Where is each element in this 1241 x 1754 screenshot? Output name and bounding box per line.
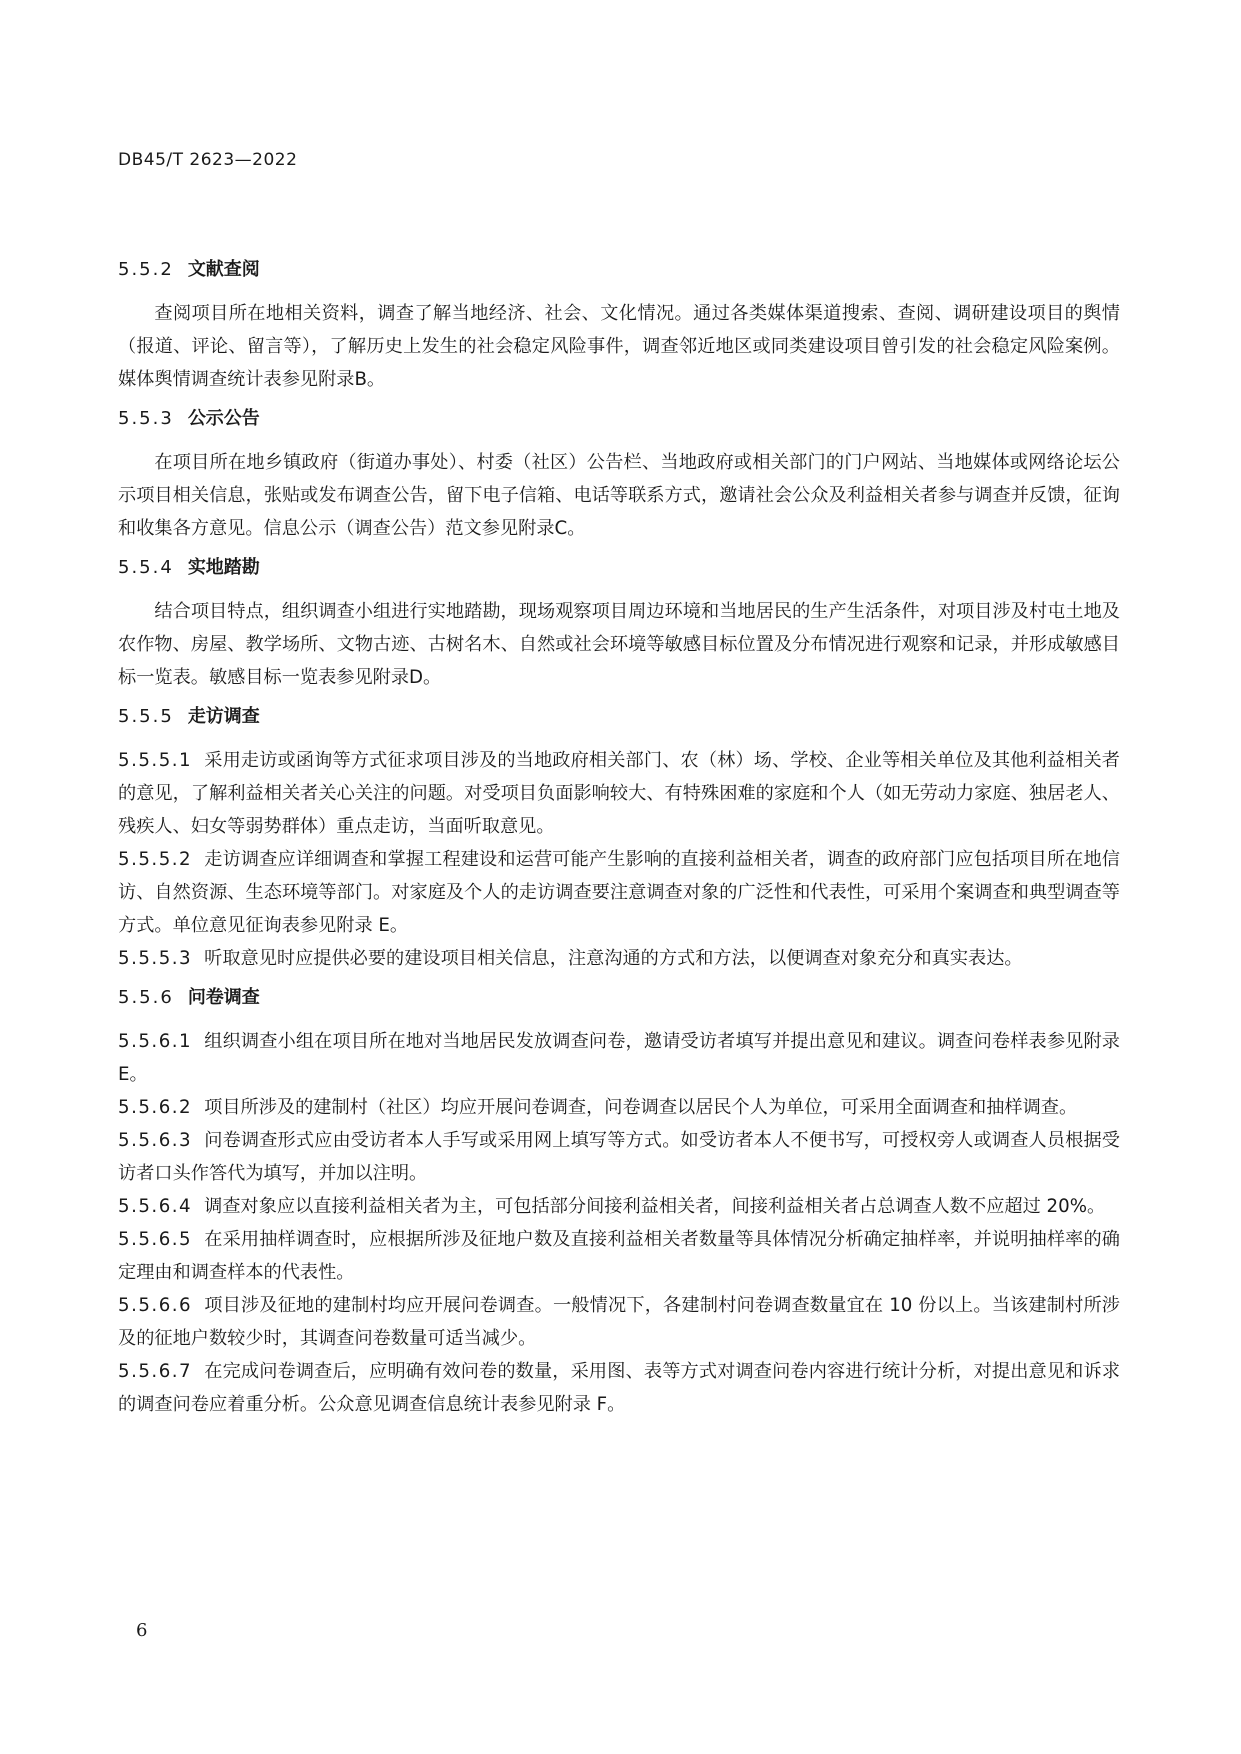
- clause-5-5-5-2: 5.5.5.2走访调查应详细调查和掌握工程建设和运营可能产生影响的直接利益相关者…: [118, 843, 1120, 942]
- page-number: 6: [136, 1620, 147, 1641]
- clause-text: 项目涉及征地的建制村均应开展问卷调查。一般情况下，各建制村问卷调查数量宜在 10…: [118, 1295, 1120, 1349]
- section-5-5-5: 5.5.5走访调查 5.5.5.1采用走访或函询等方式征求项目涉及的当地政府相关…: [118, 702, 1120, 975]
- clause-5-5-6-7: 5.5.6.7在完成问卷调查后，应明确有效问卷的数量，采用图、表等方式对调查问卷…: [118, 1355, 1120, 1421]
- clause-5-5-6-1: 5.5.6.1组织调查小组在项目所在地对当地居民发放调查问卷，邀请受访者填写并提…: [118, 1025, 1120, 1091]
- section-heading: 5.5.5走访调查: [118, 702, 1120, 732]
- section-title: 走访调查: [188, 706, 260, 727]
- clause-text: 走访调查应详细调查和掌握工程建设和运营可能产生影响的直接利益相关者，调查的政府部…: [118, 849, 1120, 936]
- clause-5-5-5-1: 5.5.5.1采用走访或函询等方式征求项目涉及的当地政府相关部门、农（林）场、学…: [118, 744, 1120, 843]
- document-body: 5.5.2文献查阅 查阅项目所在地相关资料，调查了解当地经济、社会、文化情况。通…: [118, 255, 1120, 1429]
- paragraph: 在项目所在地乡镇政府（街道办事处）、村委（社区）公告栏、当地政府或相关部门的门户…: [118, 446, 1120, 545]
- section-number: 5.5.2: [118, 259, 174, 280]
- clause-text: 项目所涉及的建制村（社区）均应开展问卷调查，问卷调查以居民个人为单位，可采用全面…: [204, 1097, 1077, 1118]
- clause-text: 问卷调查形式应由受访者本人手写或采用网上填写等方式。如受访者本人不便书写，可授权…: [118, 1130, 1120, 1184]
- clause-number: 5.5.5.2: [118, 849, 192, 870]
- section-number: 5.5.3: [118, 408, 174, 429]
- clause-text: 采用走访或函询等方式征求项目涉及的当地政府相关部门、农（林）场、学校、企业等相关…: [118, 750, 1120, 837]
- clause-number: 5.5.6.5: [118, 1229, 192, 1250]
- clause-number: 5.5.5.3: [118, 948, 192, 969]
- clause-text: 调查对象应以直接利益相关者为主，可包括部分间接利益相关者，间接利益相关者占总调查…: [204, 1196, 1105, 1217]
- clause-text: 在采用抽样调查时，应根据所涉及征地户数及直接利益相关者数量等具体情况分析确定抽样…: [118, 1229, 1120, 1283]
- section-number: 5.5.4: [118, 557, 174, 578]
- clause-number: 5.5.5.1: [118, 750, 192, 771]
- section-heading: 5.5.4实地踏勘: [118, 553, 1120, 583]
- section-5-5-4: 5.5.4实地踏勘 结合项目特点，组织调查小组进行实地踏勘，现场观察项目周边环境…: [118, 553, 1120, 694]
- clause-5-5-6-3: 5.5.6.3问卷调查形式应由受访者本人手写或采用网上填写等方式。如受访者本人不…: [118, 1124, 1120, 1190]
- section-5-5-2: 5.5.2文献查阅 查阅项目所在地相关资料，调查了解当地经济、社会、文化情况。通…: [118, 255, 1120, 396]
- clause-number: 5.5.6.3: [118, 1130, 192, 1151]
- clause-text: 听取意见时应提供必要的建设项目相关信息，注意沟通的方式和方法，以便调查对象充分和…: [204, 948, 1022, 969]
- clause-5-5-5-3: 5.5.5.3听取意见时应提供必要的建设项目相关信息，注意沟通的方式和方法，以便…: [118, 942, 1120, 975]
- section-number: 5.5.6: [118, 987, 174, 1008]
- clause-5-5-6-5: 5.5.6.5在采用抽样调查时，应根据所涉及征地户数及直接利益相关者数量等具体情…: [118, 1223, 1120, 1289]
- section-title: 问卷调查: [188, 987, 260, 1008]
- section-5-5-3: 5.5.3公示公告 在项目所在地乡镇政府（街道办事处）、村委（社区）公告栏、当地…: [118, 404, 1120, 545]
- section-number: 5.5.5: [118, 706, 174, 727]
- paragraph: 结合项目特点，组织调查小组进行实地踏勘，现场观察项目周边环境和当地居民的生产生活…: [118, 595, 1120, 694]
- clause-number: 5.5.6.6: [118, 1295, 192, 1316]
- clause-number: 5.5.6.4: [118, 1196, 192, 1217]
- section-heading: 5.5.6问卷调查: [118, 983, 1120, 1013]
- clause-5-5-6-2: 5.5.6.2项目所涉及的建制村（社区）均应开展问卷调查，问卷调查以居民个人为单…: [118, 1091, 1120, 1124]
- clause-number: 5.5.6.7: [118, 1361, 192, 1382]
- section-title: 文献查阅: [188, 259, 260, 280]
- clause-5-5-6-6: 5.5.6.6项目涉及征地的建制村均应开展问卷调查。一般情况下，各建制村问卷调查…: [118, 1289, 1120, 1355]
- section-5-5-6: 5.5.6问卷调查 5.5.6.1组织调查小组在项目所在地对当地居民发放调查问卷…: [118, 983, 1120, 1421]
- paragraph: 查阅项目所在地相关资料，调查了解当地经济、社会、文化情况。通过各类媒体渠道搜索、…: [118, 297, 1120, 396]
- document-code: DB45/T 2623—2022: [118, 150, 297, 170]
- clause-number: 5.5.6.1: [118, 1031, 192, 1052]
- clause-5-5-6-4: 5.5.6.4调查对象应以直接利益相关者为主，可包括部分间接利益相关者，间接利益…: [118, 1190, 1120, 1223]
- section-title: 实地踏勘: [188, 557, 260, 578]
- section-title: 公示公告: [188, 408, 260, 429]
- clause-number: 5.5.6.2: [118, 1097, 192, 1118]
- clause-text: 组织调查小组在项目所在地对当地居民发放调查问卷，邀请受访者填写并提出意见和建议。…: [118, 1031, 1120, 1085]
- section-heading: 5.5.2文献查阅: [118, 255, 1120, 285]
- clause-text: 在完成问卷调查后，应明确有效问卷的数量，采用图、表等方式对调查问卷内容进行统计分…: [118, 1361, 1120, 1415]
- section-heading: 5.5.3公示公告: [118, 404, 1120, 434]
